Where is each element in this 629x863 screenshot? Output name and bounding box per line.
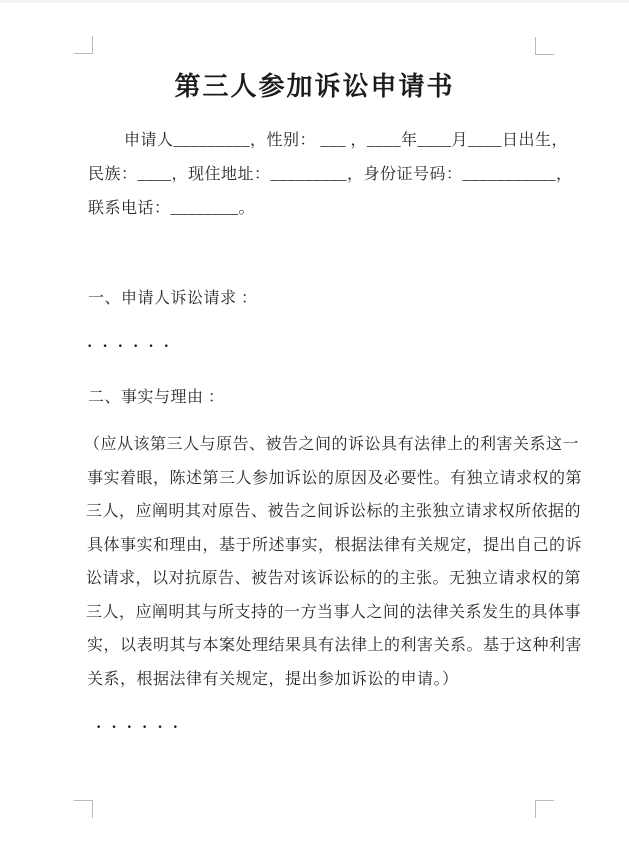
- reason-note-line: 实，以表明其与本案处理结果具有法律上的利害关系。基于这种利害: [87, 635, 582, 657]
- reason-note-line: （应从该第三人与原告、被告之间的诉讼具有法律上的利害关系这一: [84, 434, 579, 456]
- margin-mark-bottom-right: [535, 800, 554, 818]
- reason-note-line: 三人，应阐明其对原告、被告之间诉讼标的主张独立请求权所依据的: [86, 501, 581, 523]
- reason-note-line: 讼请求，以对抗原告、被告对该诉讼标的的主张。无独立请求权的第: [86, 568, 581, 590]
- intro-line-phone: 联系电话：________。: [88, 198, 255, 220]
- page-top-edge: [0, 0, 629, 3]
- margin-mark-top-right: [535, 37, 554, 55]
- margin-mark-bottom-left: [74, 800, 93, 818]
- section-one-heading: 一、申请人诉讼请求 ：: [88, 288, 258, 310]
- reason-note-line: 事实着眼，陈述第三人参加诉讼的原因及必要性。有独立请求权的第: [87, 468, 582, 490]
- section-two-heading: 二、事实与理由 ：: [88, 387, 225, 409]
- reason-note-line: 关系，根据法律有关规定，提出参加诉讼的申请。）: [87, 669, 459, 691]
- closing-ellipsis-placeholder: ······: [96, 719, 188, 737]
- intro-line-ethnicity-address-id: 民族：____，现住地址：_________，身份证号码：___________…: [88, 164, 573, 186]
- reason-note-line: 具体事实和理由，基于所述事实，根据法律有关规定，提出自己的诉: [87, 535, 582, 557]
- document-page: 第三人参加诉讼申请书 申请人_________，性别： ___ ，____年__…: [0, 0, 629, 863]
- intro-line-applicant: 申请人_________，性别： ___ ，____年____月____日出生，: [124, 130, 568, 152]
- section-one-ellipsis-placeholder: ······: [87, 338, 179, 356]
- reason-note-line: 三人，应阐明其与所支持的一方当事人之间的法律关系发生的具体事: [86, 602, 581, 624]
- document-title: 第三人参加诉讼申请书: [0, 66, 629, 103]
- margin-mark-top-left: [74, 36, 93, 54]
